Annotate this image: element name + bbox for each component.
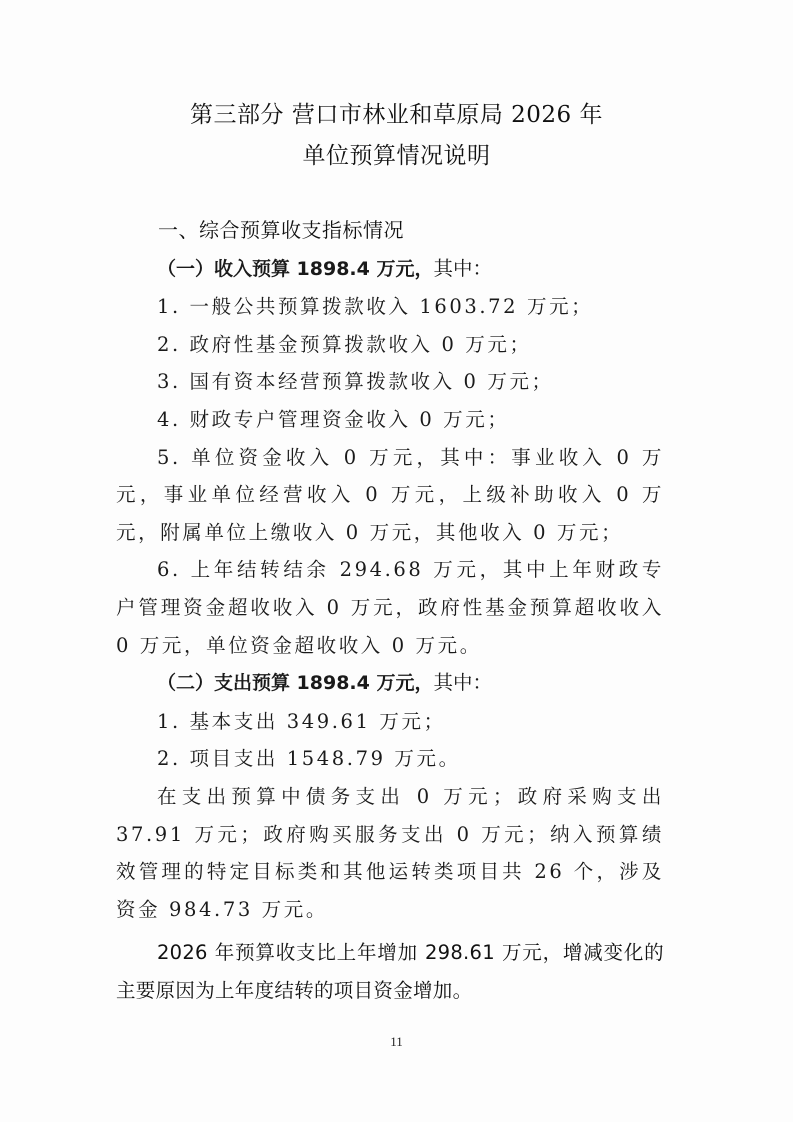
- expenditure-heading: （二）支出预算 1898.4 万元，其中：: [116, 664, 664, 703]
- page-title-line-1: 第三部分 营口市林业和草原局 2026 年: [0, 96, 793, 129]
- expenditure-heading-rest: 其中：: [434, 671, 493, 694]
- section-heading: 一、综合预算收支指标情况: [116, 212, 664, 250]
- summary-paragraph: 2026 年预算收支比上年增加 298.61 万元，增减变化的主要原因为上年度结…: [116, 934, 664, 1009]
- income-item-1: 1. 一般公共预算拨款收入 1603.72 万元；: [116, 288, 664, 326]
- expenditure-item-1: 1. 基本支出 349.61 万元；: [116, 703, 664, 741]
- document-body: 一、综合预算收支指标情况 （一）收入预算 1898.4 万元，其中： 1. 一般…: [116, 212, 664, 1009]
- income-item-2: 2. 政府性基金预算拨款收入 0 万元；: [116, 326, 664, 364]
- document-page: 第三部分 营口市林业和草原局 2026 年 单位预算情况说明 一、综合预算收支指…: [0, 0, 793, 1122]
- income-item-4: 4. 财政专户管理资金收入 0 万元；: [116, 401, 664, 439]
- income-item-5: 5. 单位资金收入 0 万元，其中：事业收入 0 万元，事业单位经营收入 0 万…: [116, 439, 664, 552]
- income-heading-bold: （一）收入预算 1898.4 万元，: [157, 258, 434, 280]
- income-heading: （一）收入预算 1898.4 万元，其中：: [116, 250, 664, 289]
- income-item-3: 3. 国有资本经营预算拨款收入 0 万元；: [116, 363, 664, 401]
- expenditure-note: 在支出预算中债务支出 0 万元；政府采购支出 37.91 万元；政府购买服务支出…: [116, 778, 664, 928]
- page-title-line-2: 单位预算情况说明: [0, 137, 793, 170]
- expenditure-item-2: 2. 项目支出 1548.79 万元。: [116, 740, 664, 778]
- expenditure-heading-bold: （二）支出预算 1898.4 万元，: [157, 672, 434, 694]
- income-item-6: 6. 上年结转结余 294.68 万元，其中上年财政专户管理资金超收收入 0 万…: [116, 551, 664, 664]
- page-number: 11: [0, 1034, 793, 1050]
- income-heading-rest: 其中：: [434, 257, 493, 280]
